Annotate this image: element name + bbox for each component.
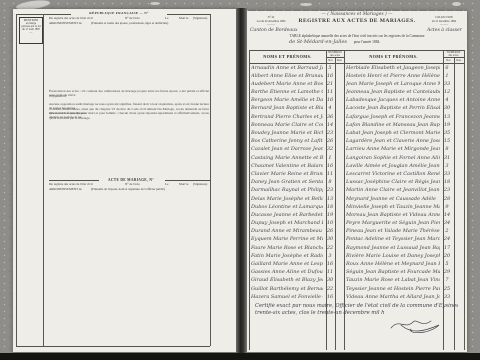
table-row: Jeanneau Jean Baptiste et Cantelaube Cha… bbox=[346, 88, 464, 96]
right-page-annual-table: — ( Naissances et Mariages ) — REGISTRE … bbox=[247, 11, 467, 352]
table-row: Jean Marie Joseph et Laroque Anne Martha… bbox=[346, 80, 464, 88]
certification-line: Certifié exact par nous maire, Officier … bbox=[255, 303, 458, 310]
row-names: Gaillard Marie Anne et Lespine Vital bbox=[251, 261, 323, 268]
row-names: Jeanneau Jean Baptiste et Cantelaube Cha… bbox=[346, 89, 440, 96]
table-row: Herblade Élisabeth et Jaugeon Joseph6 bbox=[346, 64, 464, 72]
row-act-number: 24 bbox=[442, 236, 452, 243]
table-row: Eyquem Marie Perrine et Mondinat Jean30 bbox=[251, 235, 343, 243]
row-names: Lafargue Joseph et Francezon Jeanne Mari… bbox=[346, 114, 440, 121]
row-names: Teyssier Jeanne et Hostein Pierre Paul bbox=[346, 286, 440, 293]
table-row: Giraud Élisabeth et Blazy Jean Baptiste3… bbox=[251, 276, 343, 284]
certification-line: trente-six actes, clos le trente-un déce… bbox=[255, 310, 385, 317]
row-names: Durand Anne et Mirambeau Catherine bbox=[251, 228, 323, 235]
act2-left-rule bbox=[49, 180, 99, 181]
row-names: Pineau Jean et Valade Marie Thérèse bbox=[346, 228, 440, 235]
row-act-number: 28 bbox=[442, 196, 452, 203]
table-row: Bernard Jean Baptiste et Blay Marie Jean… bbox=[251, 104, 343, 112]
act2-fragment: (Signature) bbox=[193, 183, 207, 187]
table-row: Hazera Samuel et Fonvielle Catherine16 bbox=[251, 293, 343, 301]
row-act-number: 1 bbox=[442, 73, 452, 80]
table-row: Lacoste Jean Baptiste et Perrin Élisabet… bbox=[346, 104, 464, 112]
table-top-rule bbox=[249, 50, 464, 51]
table-row: Minvielle Joseph et Tauzin Jeanne Marie9 bbox=[346, 203, 464, 211]
table-row: Laville Aimée et Jouglan Amélie Jeanne3 bbox=[346, 162, 464, 170]
row-act-number: 18 bbox=[442, 179, 452, 186]
row-act-number: 23 bbox=[442, 187, 452, 194]
row-act-number: 20 bbox=[442, 253, 452, 260]
table-row: Bos Catherine Jenny et Lafitte Arnaud26 bbox=[251, 137, 343, 145]
row-names: Pontac Adeline et Teyssier Jean Marcel bbox=[346, 236, 440, 243]
row-act-number: 12 bbox=[442, 89, 452, 96]
row-act-number: 2 bbox=[442, 228, 452, 235]
row-names: Barthe Étienne et Lamothe Catherine bbox=[251, 89, 323, 96]
row-names: Meynard Jeanne et Caussade Adèle bbox=[346, 196, 440, 203]
row-act-number: 8 bbox=[442, 146, 452, 153]
row-names: Castaing Marie Annette et Bellay Jacques bbox=[251, 155, 323, 162]
row-act-number: 36 bbox=[325, 114, 335, 121]
act2-fragment: ARRONDISSEMENT de bbox=[49, 188, 82, 192]
table-row: Raymond Jeanne et Lussaud Jean Baptiste1… bbox=[346, 244, 464, 252]
row-names: Daney Jean Gratien et Sentagnac Lucie bbox=[251, 179, 323, 186]
row-names: Hostein Henri et Pierre Anne Hélène bbox=[346, 73, 440, 80]
row-names: Raymond Jeanne et Lussaud Jean Baptiste bbox=[346, 245, 440, 252]
row-names: Hazera Samuel et Fonvielle Catherine bbox=[251, 294, 323, 301]
row-act-number: 26 bbox=[325, 138, 335, 145]
row-names: Lafon Blandine et Manseau Jean Baptiste bbox=[346, 122, 440, 129]
row-names: Bernard Jean Baptiste et Blay Marie Jean… bbox=[251, 105, 323, 112]
row-names: Roux Anne Hélène et Meynard Jean Pierre bbox=[346, 261, 440, 268]
table-rows-left-column: Arnaudin Anne et Barraud Jacques5Alibert… bbox=[251, 64, 343, 301]
row-names: Fatin Marie Josèphe et Radissat Joseph bbox=[251, 253, 323, 260]
row-names: Martin Anne Claire et Jeanvillot Jean 2e bbox=[346, 187, 440, 194]
form-header-fragment: Mort le bbox=[179, 17, 188, 21]
row-names: Minvielle Joseph et Tauzin Jeanne Marie bbox=[346, 204, 440, 211]
table-row: Lescarret Victorine et Castillon Renée33 bbox=[346, 170, 464, 178]
row-act-number: 23 bbox=[325, 187, 335, 194]
series-label: — ( Naissances et Mariages ) — bbox=[307, 12, 407, 17]
table-row: Barthe Étienne et Lamothe Catherine11 bbox=[251, 88, 343, 96]
row-names: Peyre Marguerite et Séguin Jean Pierre bbox=[346, 220, 440, 227]
numbers-column-header: des actes bbox=[443, 54, 464, 57]
row-act-number: 23 bbox=[325, 130, 335, 137]
row-names: Labadesque Jacques et Antoine Anne Mathi… bbox=[346, 97, 440, 104]
row-names: Videau Anne Martha et Allard Jean Joseph bbox=[346, 294, 440, 301]
row-names: Giraud Élisabeth et Blazy Jean Baptiste bbox=[251, 277, 323, 284]
form-header-fragment: (Prénoms et noms des époux, professions,… bbox=[91, 22, 168, 26]
register-title: REGISTRE AUX ACTES DE MARIAGES. bbox=[287, 18, 427, 24]
row-names: Bertrand Pierre Charles et Joffre Anne É… bbox=[251, 114, 323, 121]
row-act-number: 14 bbox=[325, 122, 335, 129]
signature-flourish bbox=[387, 316, 447, 334]
row-names: Cazalet Jean et Darroze Jean Bte Toussai… bbox=[251, 146, 323, 153]
row-names: Bos Catherine Jenny et Lafitte Arnaud bbox=[251, 138, 323, 145]
table-row: Audebert Marie Anne et Bos Jean Joseph21 bbox=[251, 80, 343, 88]
table-row: Lussac Joséphine Claire et Régis Jean Ba… bbox=[346, 178, 464, 186]
table-vline bbox=[249, 50, 250, 350]
table-rows-right-column: Herblade Élisabeth et Jaugeon Joseph6Hos… bbox=[346, 64, 464, 301]
table-row: Rivière Marie Louise et Daney Joseph20 bbox=[346, 252, 464, 260]
table-row: Hostein Henri et Pierre Anne Hélène1 bbox=[346, 72, 464, 80]
table-row: Faure Marie Rose et Blanchard Jean22 bbox=[251, 244, 343, 252]
row-names: Laville Aimée et Jouglan Amélie Jeanne bbox=[346, 163, 440, 170]
row-act-number: 9 bbox=[442, 204, 452, 211]
numbers-subcolumn-header: Nos bbox=[326, 59, 335, 62]
act2-fragment: Le bbox=[165, 183, 168, 187]
row-act-number: 8 bbox=[325, 179, 335, 186]
corner-left-line: ——— bbox=[252, 23, 290, 26]
row-names: Dubos Léontine et Lamarque Jean Marie bbox=[251, 204, 323, 211]
row-names: Bonneau Marie Claire et Compagnon Joseph bbox=[251, 122, 323, 129]
row-names: Labat Jean Joseph et Clermont Marie Anne bbox=[346, 130, 440, 137]
form-margin-rule bbox=[43, 14, 44, 346]
row-names: Rivière Marie Louise et Daney Joseph bbox=[346, 253, 440, 260]
row-act-number: 34 bbox=[442, 220, 452, 227]
table-row: Lagardère Jean et Claverie Anne Joséphin… bbox=[346, 137, 464, 145]
row-act-number: 10 bbox=[325, 220, 335, 227]
row-act-number: 16 bbox=[325, 294, 335, 301]
row-act-number: 4 bbox=[442, 97, 452, 104]
row-act-number: 30 bbox=[325, 277, 335, 284]
row-act-number: 22 bbox=[325, 245, 335, 252]
row-act-number: 19 bbox=[442, 122, 452, 129]
row-act-number: 16 bbox=[325, 261, 335, 268]
scan-bottom-edge bbox=[0, 353, 480, 360]
numbers-column-header: des actes bbox=[326, 54, 344, 57]
row-act-number: 4 bbox=[325, 105, 335, 112]
table-row: Daney Jean Gratien et Sentagnac Lucie8 bbox=[251, 178, 343, 186]
table-row: Clavier Marie Reine et Brunaud Alexandre… bbox=[251, 170, 343, 178]
row-names: Larrieu Anne Marie et Mirgonde Jean Bapt… bbox=[346, 146, 440, 153]
row-names: Lescarret Victorine et Castillon Renée bbox=[346, 171, 440, 178]
table-row: Durand Anne et Mirambeau Catherine26 bbox=[251, 227, 343, 235]
row-names: Darmailhac Raynal et Philippe Marie Anne bbox=[251, 187, 323, 194]
numbers-subcolumn-header: Ren. bbox=[335, 59, 344, 62]
form-right-rule bbox=[210, 14, 211, 346]
row-act-number: 5 bbox=[442, 261, 452, 268]
numbers-subcolumn-header: Nos bbox=[443, 59, 454, 62]
row-act-number: 15 bbox=[442, 138, 452, 145]
row-act-number: 21 bbox=[325, 81, 335, 88]
table-row: Peyre Marguerite et Séguin Jean Pierre34 bbox=[346, 219, 464, 227]
row-names: Alibert Anne Élise et Brunaud Jean Jacqu… bbox=[251, 73, 323, 80]
table-row: Delas Marie Josèphe et Bellocq Marie Ros… bbox=[251, 195, 343, 203]
table-row: Meynard Jeanne et Caussade Adèle28 bbox=[346, 195, 464, 203]
form-top-label: RÉPUBLIQUE FRANÇAISE — N° bbox=[71, 11, 167, 15]
names-column-header: NOMS ET PRÉNOMS. bbox=[344, 54, 443, 59]
row-act-number: 11 bbox=[325, 269, 335, 276]
row-act-number: 29 bbox=[442, 269, 452, 276]
row-act-number: 18 bbox=[325, 204, 335, 211]
table-row: Pontac Adeline et Teyssier Jean Marcel24 bbox=[346, 235, 464, 243]
table-row: Chaumet Valentine et Balaresque Pierre16 bbox=[251, 162, 343, 170]
marginal-mentions-box: MENTIONS en marge prévues par la loi du … bbox=[19, 17, 43, 44]
row-names: Delas Marie Josèphe et Bellocq Marie Ros… bbox=[251, 196, 323, 203]
table-row: Castaing Marie Annette et Bellay Jacques… bbox=[251, 154, 343, 162]
row-names: Herblade Élisabeth et Jaugeon Joseph bbox=[346, 65, 440, 72]
row-names: Langoiran Sophie et Fornel Anne Aline bbox=[346, 155, 440, 162]
row-act-number: 26 bbox=[325, 228, 335, 235]
row-names: Bergeon Marie Amélie et Darrigues Jean bbox=[251, 97, 323, 104]
row-act-number: 17 bbox=[442, 245, 452, 252]
form-header-fragment: ARRONDISSEMENT de bbox=[49, 22, 82, 26]
table-row: Gaillard Marie Anne et Lespine Vital16 bbox=[251, 260, 343, 268]
form-header-fragment: (Signature) bbox=[193, 17, 207, 21]
row-names: Lagardère Jean et Claverie Anne Joséphin… bbox=[346, 138, 440, 145]
table-row: Lafargue Joseph et Francezon Jeanne Mari… bbox=[346, 113, 464, 121]
corner-right-handwriting: Actes à classer bbox=[427, 28, 462, 33]
table-row: Bonneau Marie Claire et Compagnon Joseph… bbox=[251, 121, 343, 129]
row-act-number: 16 bbox=[325, 97, 335, 104]
table-row: Lafon Blandine et Manseau Jean Baptiste1… bbox=[346, 121, 464, 129]
row-act-number: 30 bbox=[442, 105, 452, 112]
row-act-number: 33 bbox=[442, 171, 452, 178]
table-row: Dubos Léontine et Lamarque Jean Marie18 bbox=[251, 203, 343, 211]
row-act-number: 30 bbox=[325, 236, 335, 243]
row-act-number: 6 bbox=[442, 65, 452, 72]
row-act-number: 25 bbox=[442, 286, 452, 293]
table-caption-year: pour l'année 1884. bbox=[332, 40, 402, 44]
act2-right-rule bbox=[165, 180, 210, 181]
row-act-number: 31 bbox=[442, 155, 452, 162]
table-row: Videau Anne Martha et Allard Jean Joseph… bbox=[346, 293, 464, 301]
numbers-subcolumn-header: Ren. bbox=[454, 59, 464, 62]
row-names: Lussac Joséphine Claire et Régis Jean Ba… bbox=[346, 179, 440, 186]
table-row: Moreau Jean Baptiste et Videau Anne14 bbox=[346, 211, 464, 219]
row-names: Tauzin Marie Rose et Labat Jean Vincent bbox=[346, 277, 440, 284]
row-act-number: 7 bbox=[442, 277, 452, 284]
row-act-number: 32 bbox=[325, 146, 335, 153]
table-row: Labadesque Jacques et Antoine Anne Mathi… bbox=[346, 96, 464, 104]
corner-right-line: ——— bbox=[424, 23, 464, 26]
table-row: Martin Anne Claire et Jeanvillot Jean 2e… bbox=[346, 186, 464, 194]
table-row: Bergeon Marie Amélie et Darrigues Jean16 bbox=[251, 96, 343, 104]
row-act-number: 3 bbox=[442, 163, 452, 170]
act2-fragment: Mort le bbox=[179, 183, 188, 187]
row-act-number: 1 bbox=[325, 155, 335, 162]
form-paragraph-line: qu'ils sont unis par le mariage. bbox=[49, 116, 209, 120]
table-row: Teyssier Jeanne et Hostein Pierre Paul25 bbox=[346, 285, 464, 293]
table-row: Gassies Anne Aline et Dufourc Martial11 bbox=[251, 268, 343, 276]
row-names: Arnaudin Anne et Barraud Jacques bbox=[251, 65, 323, 72]
row-act-number: 3 bbox=[325, 253, 335, 260]
table-row: Guillot Barthélemy et Bernadet Rose22 bbox=[251, 285, 343, 293]
table-vline bbox=[464, 50, 465, 350]
scan-artifact-blob bbox=[150, 2, 160, 5]
row-act-number: 14 bbox=[442, 212, 452, 219]
row-names: Lacoste Jean Baptiste et Perrin Élisabet… bbox=[346, 105, 440, 112]
corner-left-handwriting: Canton de Bordeaux bbox=[250, 28, 298, 33]
row-act-number: 5 bbox=[325, 65, 335, 72]
book-spine-shadow bbox=[236, 8, 247, 354]
row-names: Moreau Jean Baptiste et Videau Anne bbox=[346, 212, 440, 219]
row-names: Chaumet Valentine et Balaresque Pierre bbox=[251, 163, 323, 170]
act2-title: ACTE DE MARIAGE, N° bbox=[101, 178, 161, 182]
row-act-number: 22 bbox=[325, 286, 335, 293]
left-page-act-form: RÉPUBLIQUE FRANÇAISE — N° MENTIONS en ma… bbox=[13, 9, 237, 352]
act2-fragment: (Prénoms de l'époux, nom et signature de… bbox=[91, 188, 165, 192]
margin-box-line: — bbox=[20, 31, 42, 34]
row-names: Eyquem Marie Perrine et Mondinat Jean bbox=[251, 236, 323, 243]
row-names: Guillot Barthélemy et Bernadet Rose bbox=[251, 286, 323, 293]
row-act-number: 35 bbox=[442, 130, 452, 137]
row-names: Ducasse Jeanne et Barbedette Adolphine bbox=[251, 212, 323, 219]
table-row: Séguin Jean Baptiste et Fourcade Marie29 bbox=[346, 268, 464, 276]
scan-artifact-blob bbox=[300, 3, 312, 6]
table-row: Darmailhac Raynal et Philippe Marie Anne… bbox=[251, 186, 343, 194]
table-row: Bertrand Pierre Charles et Joffre Anne É… bbox=[251, 113, 343, 121]
row-names: Gassies Anne Aline et Dufourc Martial bbox=[251, 269, 323, 276]
table-row: Tauzin Marie Rose et Labat Jean Vincent7 bbox=[346, 276, 464, 284]
table-row: Dupuy Joseph et Marchand Émilienne10 bbox=[251, 219, 343, 227]
table-row: Alibert Anne Élise et Brunaud Jean Jacqu… bbox=[251, 72, 343, 80]
row-names: Jean Marie Joseph et Laroque Anne Martha bbox=[346, 81, 440, 88]
row-names: Séguin Jean Baptiste et Fourcade Marie bbox=[346, 269, 440, 276]
scan-artifact-blob bbox=[452, 2, 461, 6]
form-left-rule bbox=[16, 14, 17, 346]
table-row: Fatin Marie Josèphe et Radissat Joseph3 bbox=[251, 252, 343, 260]
row-act-number: 11 bbox=[325, 89, 335, 96]
row-act-number: 16 bbox=[325, 73, 335, 80]
row-act-number: 11 bbox=[325, 171, 335, 178]
row-act-number: 33 bbox=[442, 81, 452, 88]
row-names: Faure Marie Rose et Blanchard Jean bbox=[251, 245, 323, 252]
row-act-number: 19 bbox=[325, 212, 335, 219]
row-names: Boudey Jeanne Marie et Bichelan Jean Jos… bbox=[251, 130, 323, 137]
table-row: Labat Jean Joseph et Clermont Marie Anne… bbox=[346, 129, 464, 137]
table-row: Boudey Jeanne Marie et Bichelan Jean Jos… bbox=[251, 129, 343, 137]
row-act-number: 13 bbox=[325, 196, 335, 203]
table-row: Langoiran Sophie et Fornel Anne Aline31 bbox=[346, 154, 464, 162]
names-column-header: NOMS ET PRÉNOMS. bbox=[249, 54, 326, 59]
row-names: Dupuy Joseph et Marchand Émilienne bbox=[251, 220, 323, 227]
row-act-number: 13 bbox=[442, 114, 452, 121]
row-names: Clavier Marie Reine et Brunaud Alexandre bbox=[251, 171, 323, 178]
table-row: Roux Anne Hélène et Meynard Jean Pierre5 bbox=[346, 260, 464, 268]
table-row: Cazalet Jean et Darroze Jean Bte Toussai… bbox=[251, 145, 343, 153]
table-row: Larrieu Anne Marie et Mirgonde Jean Bapt… bbox=[346, 145, 464, 153]
table-row: Ducasse Jeanne et Barbedette Adolphine19 bbox=[251, 211, 343, 219]
table-row: Pineau Jean et Valade Marie Thérèse2 bbox=[346, 227, 464, 235]
table-row: Arnaudin Anne et Barraud Jacques5 bbox=[251, 64, 343, 72]
row-act-number: 16 bbox=[325, 163, 335, 170]
form-bottom-rule bbox=[16, 346, 210, 347]
row-names: Audebert Marie Anne et Bos Jean Joseph bbox=[251, 81, 323, 88]
row-act-number: 33 bbox=[442, 294, 452, 301]
form-paragraph-line: d'opposition. bbox=[49, 94, 209, 98]
